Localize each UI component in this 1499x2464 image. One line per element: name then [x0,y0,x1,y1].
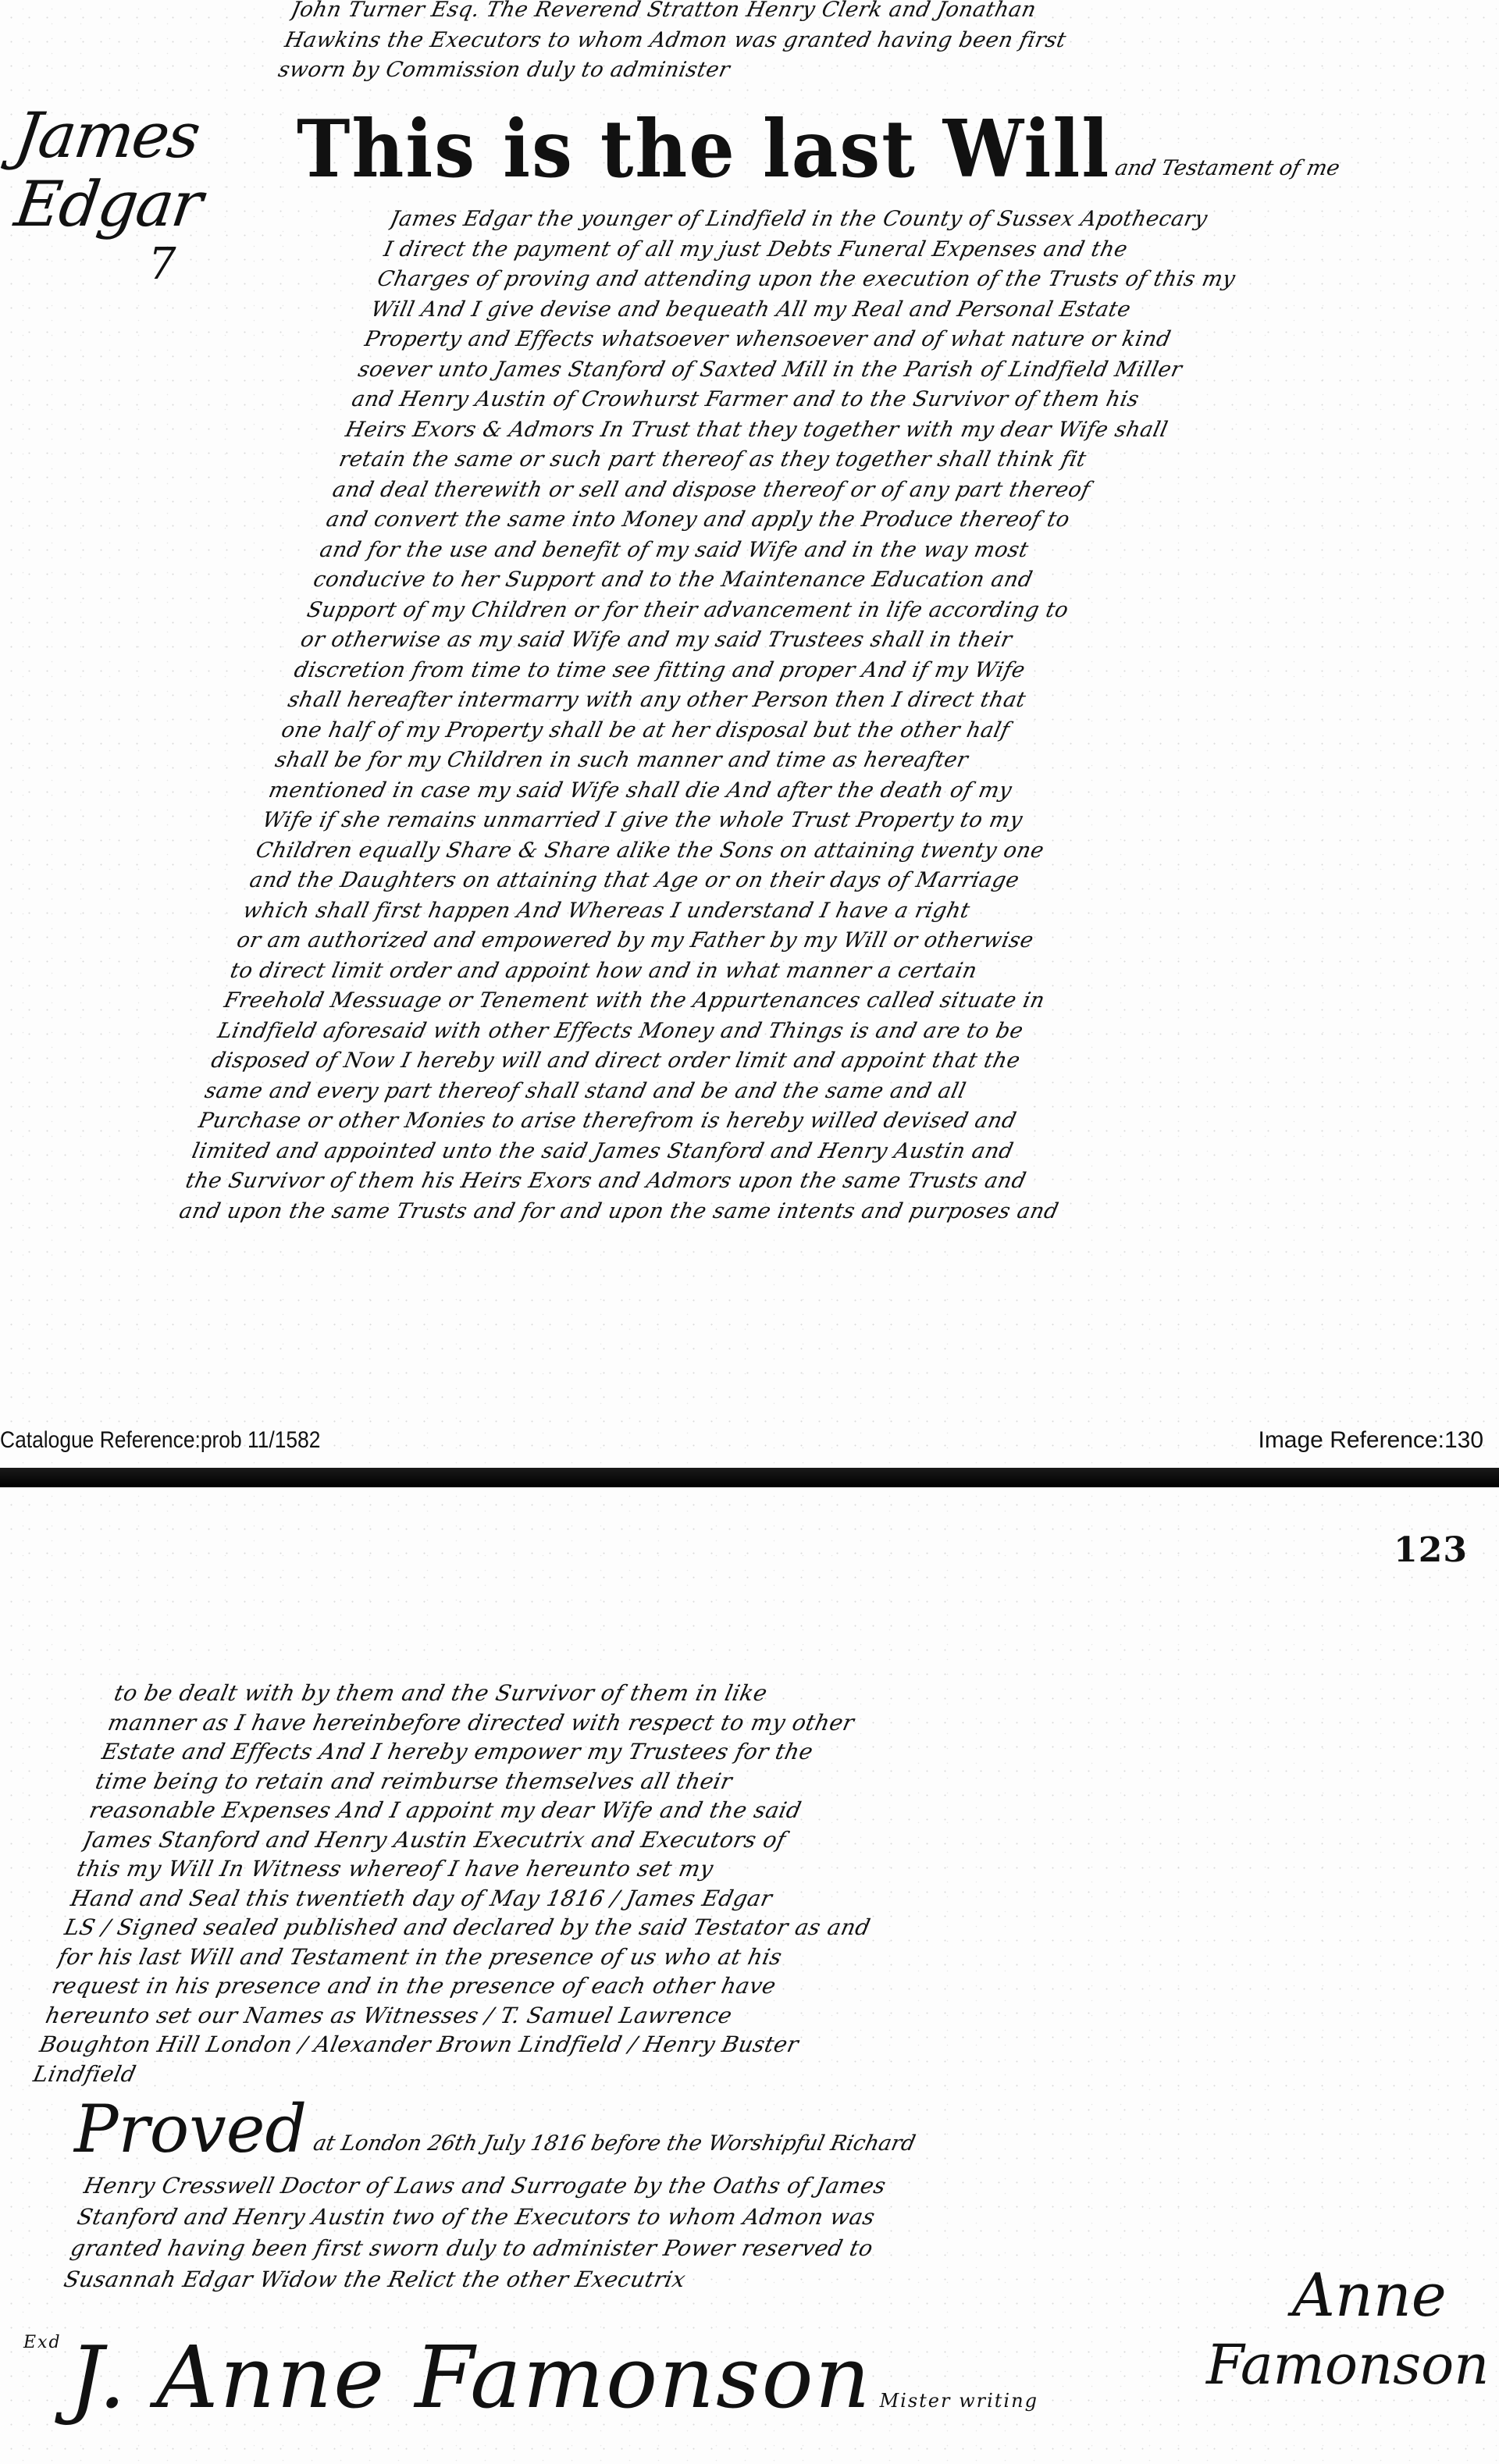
header-line: John Turner Esq. The Reverend Stratton H… [288,0,1387,26]
body-line: Hand and Seal this twentieth day of May … [68,1884,1245,1914]
body-line: Property and Effects whatsoever whensoev… [361,325,1461,355]
catalogue-reference: Catalogue Reference:prob 11/1582 [0,1427,320,1454]
will-page-bottom: 123 to be dealt with by them and the Sur… [0,1487,1499,2464]
body-line: disposed of Now I hereby will and direct… [208,1046,1308,1077]
body-line: and the Daughters on attaining that Age … [247,866,1346,896]
body-line: to be dealt with by them and the Survivo… [112,1679,1289,1708]
body-line: for his last Will and Testament in the p… [55,1942,1233,1972]
body-line: the Survivor of them his Heirs Exors and… [183,1166,1282,1197]
probate-heading-row: Proved at London 26th July 1816 before t… [74,2096,914,2162]
body-line: manner as I have hereinbefore directed w… [105,1708,1283,1738]
document-title: This is the last Will [297,109,1110,188]
image-reference: Image Reference:130 [1258,1427,1483,1454]
signature-last-name: Famonson [1206,2333,1489,2397]
will-body: James Edgar the younger of Lindfield in … [176,205,1487,1227]
header-line: Hawkins the Executors to whom Admon was … [282,26,1381,56]
will-continuation: to be dealt with by them and the Survivo… [30,1679,1289,2088]
right-signature: Anne Famonson [1206,2260,1489,2397]
body-line: request in his presence and in the prese… [49,1971,1227,2001]
body-line: and for the use and benefit of my said W… [317,536,1416,566]
title-continuation: and Testament of me [1112,156,1342,185]
body-line: Will And I give devise and bequeath All … [368,295,1467,326]
body-line: mentioned in case my said Wife shall die… [265,776,1365,806]
probate-line: granted having been first sworn duly to … [67,2233,1245,2264]
body-line: Lindfield aforesaid with other Effects M… [215,1017,1314,1047]
probate-line: Susannah Edgar Widow the Relict the othe… [61,2264,1239,2295]
body-line: shall hereafter intermarry with any othe… [285,685,1384,716]
body-line: time being to retain and reimburse thems… [93,1767,1270,1796]
probate-body: Henry Cresswell Doctor of Laws and Surro… [61,2170,1259,2295]
body-line: to direct limit order and appoint how an… [227,956,1326,987]
probate-line: Henry Cresswell Doctor of Laws and Surro… [81,2170,1259,2202]
header-lines: John Turner Esq. The Reverend Stratton H… [276,0,1388,86]
body-line: LS / Signed sealed published and declare… [62,1913,1239,1942]
body-line: Estate and Effects And I hereby empower … [99,1737,1276,1767]
margin-number: 7 [148,239,234,290]
header-line: sworn by Commission duly to administer [276,55,1375,86]
signature-main: J. Anne Famonson [69,2327,872,2427]
body-line: and upon the same Trusts and for and upo… [176,1197,1276,1227]
body-line: reasonable Expenses And I appoint my dea… [87,1796,1264,1825]
body-line: Support of my Children or for their adva… [304,596,1404,626]
will-page-top: John Turner Esq. The Reverend Stratton H… [0,0,1499,1468]
signature-first-name: Anne [1292,2260,1489,2330]
clerk-signature: ExdJ. Anne FamonsonMister writing [23,2334,1038,2420]
body-line: soever unto James Stanford of Saxted Mil… [355,355,1454,386]
body-line: Purchase or other Monies to arise theref… [195,1106,1294,1137]
body-line: and deal therewith or sell and dispose t… [329,475,1429,506]
body-line: conducive to her Support and to the Main… [311,565,1410,596]
body-line: I direct the payment of all my just Debt… [381,235,1480,265]
body-line: Children equally Share & Share alike the… [253,836,1352,867]
body-line: and convert the same into Money and appl… [323,505,1422,536]
body-line: or am authorized and empowered by my Fat… [234,926,1333,956]
body-line: one half of my Property shall be at her … [279,716,1378,746]
margin-first-name: James [11,101,239,170]
probate-heading-continuation: at London 26th July 1816 before the Wors… [310,2131,917,2162]
page-number: 123 [1394,1530,1468,1570]
page-divider [0,1468,1499,1487]
signature-trailing: Mister writing [880,2390,1038,2412]
body-line: shall be for my Children in such manner … [272,746,1372,776]
signature-prefix: Exd [23,2333,62,2352]
body-line: Wife if she remains unmarried I give the… [259,806,1358,836]
body-line: same and every part thereof shall stand … [202,1077,1301,1107]
title-row: This is the last Will and Testament of m… [297,113,1339,185]
body-line: this my Will In Witness whereof I have h… [74,1854,1252,1884]
body-line: James Edgar the younger of Lindfield in … [387,205,1487,235]
probate-line: Stanford and Henry Austin two of the Exe… [74,2202,1252,2233]
margin-last-name: Edgar [11,170,239,239]
body-line: limited and appointed unto the said Jame… [189,1137,1288,1167]
body-line: which shall first happen And Whereas I u… [240,896,1340,927]
margin-note: James Edgar 7 [16,101,234,290]
body-line: discretion from time to time see fitting… [291,656,1390,686]
body-line: and Henry Austin of Crowhurst Farmer and… [349,385,1448,415]
body-line: Lindfield [30,2060,1208,2089]
body-line: Heirs Exors & Admors In Trust that they … [343,415,1442,446]
body-line: James Stanford and Henry Austin Executri… [80,1825,1258,1855]
body-line: retain the same or such part thereof as … [336,445,1435,475]
body-line: Boughton Hill London / Alexander Brown L… [37,2030,1214,2060]
body-line: hereunto set our Names as Witnesses / T.… [43,2001,1220,2031]
probate-heading: Proved [74,2096,307,2162]
body-line: or otherwise as my said Wife and my said… [297,625,1397,656]
body-line: Freehold Messuage or Tenement with the A… [221,986,1320,1017]
body-line: Charges of proving and attending upon th… [375,265,1474,295]
